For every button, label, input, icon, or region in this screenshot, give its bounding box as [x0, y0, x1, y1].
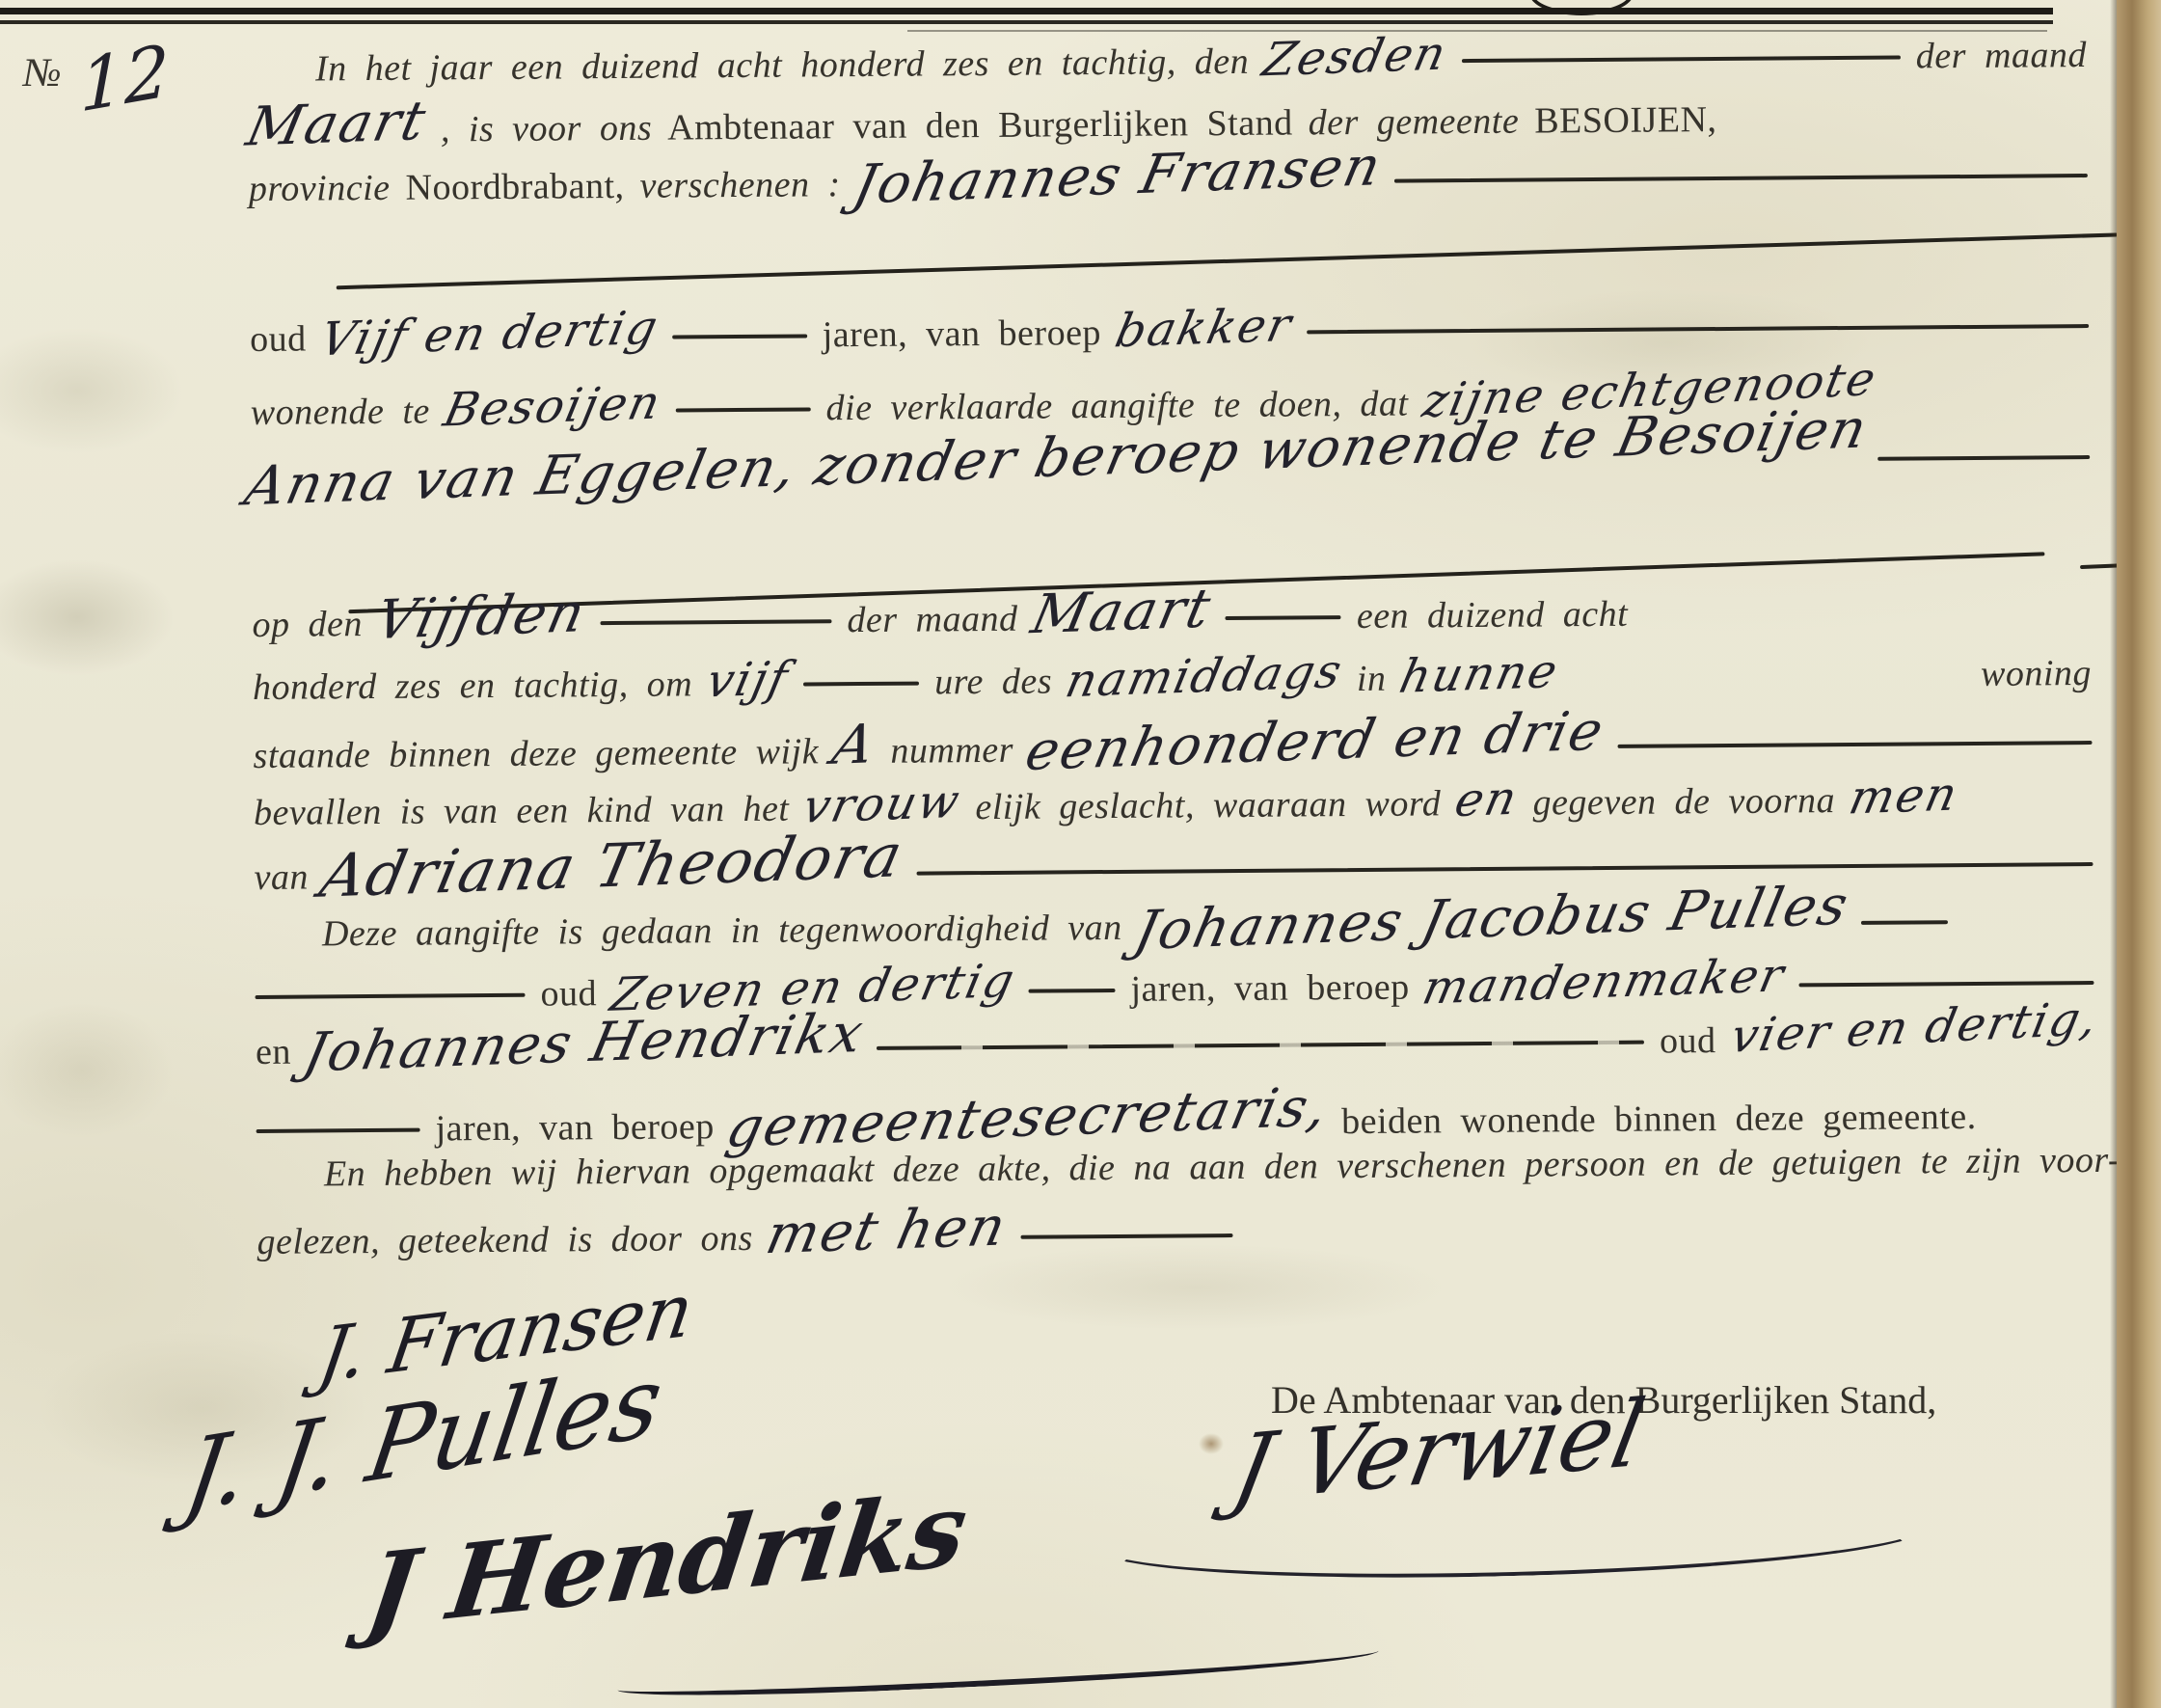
fill-rule	[803, 682, 919, 687]
birthdate-line: op den Vijfden der maand Maart een duize…	[252, 581, 2091, 647]
fill-rule	[676, 407, 811, 412]
fill-rule	[1798, 981, 2093, 987]
handwritten-witness2-occupation: gemeentesecretaris,	[722, 1084, 1333, 1154]
fill-rule	[1394, 174, 2088, 183]
printed-text: wonende te	[251, 392, 430, 435]
handwritten-birth-month: Maart	[1027, 585, 1215, 640]
handwritten-month: Maart	[242, 97, 430, 152]
handwritten-day: Zesden	[1259, 34, 1451, 82]
gender-line: bevallen is van een kind van het vrouw e…	[254, 774, 2093, 835]
fill-rule	[1021, 1234, 1233, 1239]
printed-text: gegeven de voorna	[1532, 780, 1835, 825]
fill-rule	[1307, 324, 2089, 334]
printed-text: jaren, van beroep	[823, 312, 1102, 357]
handwritten-declarant-name: Johannes Fransen	[849, 143, 1386, 210]
fill-rule	[1226, 615, 1341, 620]
declarant-age-line: oud Vijf en dertig jaren, van beroep bak…	[250, 301, 2089, 362]
handwritten-birth-day: Vijfden	[372, 589, 591, 645]
fill-rule	[1028, 989, 1115, 993]
printed-text: woning	[1981, 653, 2092, 696]
printed-text: honderd zes en tachtig, om	[253, 664, 692, 709]
book-edge	[2117, 0, 2161, 1708]
printed-text: Deze aangifte is gedaan in tegenwoordigh…	[322, 908, 1122, 956]
handwritten-daypart: namiddags	[1063, 651, 1347, 702]
handwritten-met-hen: met hen	[763, 1203, 1012, 1260]
printed-text: nummer	[890, 730, 1013, 773]
intro-line: In het jaar een duizend acht honderd zes…	[248, 31, 2087, 92]
birthtime-line: honderd zes en tachtig, om vijf ure des …	[253, 649, 2092, 710]
handwritten-wijk: A	[828, 720, 879, 771]
printed-text: ure des	[934, 661, 1052, 704]
printed-text: oud	[540, 973, 597, 1016]
fill-rule	[1877, 455, 2090, 461]
handwritten-witness2-name: Johannes Hendrikx	[300, 1010, 869, 1078]
printed-text: een duizend acht	[1357, 594, 1629, 638]
fill-rule	[1617, 741, 2092, 748]
fill-rule	[256, 993, 526, 999]
handwritten-witness2-age: vier en dertig,	[1727, 998, 2101, 1058]
printed-text: in	[1357, 659, 1387, 701]
fill-rule	[257, 1128, 420, 1133]
handwritten-house-number: eenhonderd en drie	[1022, 708, 1609, 777]
page-edge-seam	[2110, 0, 2117, 1708]
handwritten-house: hunne	[1396, 651, 1562, 698]
printed-text: beiden wonende binnen deze gemeente.	[1341, 1097, 1977, 1144]
witness2-line: en Johannes Hendrikx oud vier en dertig,	[256, 1008, 2094, 1074]
handwritten-age: Vijf en dertig	[316, 308, 662, 362]
handwritten-residence: Besoijen	[440, 383, 664, 432]
printed-text: en	[256, 1032, 291, 1074]
handwritten-occupation: bakker	[1112, 305, 1296, 353]
handwritten-correction-men: men	[1846, 774, 1962, 820]
fill-rule	[877, 1041, 1644, 1050]
printed-text: op den	[252, 604, 363, 647]
printed-text: der maand	[847, 599, 1017, 642]
fill-rule	[1462, 56, 1901, 64]
fill-rule	[600, 619, 831, 625]
printed-text: jaren, van beroep	[1130, 967, 1410, 1012]
handwritten-witness1-name: Johannes Jacobus Pulles	[1130, 882, 1853, 957]
handwritten-child-names: Adriana Theodora	[316, 828, 908, 903]
address-line: staande binnen deze gemeente wijk A numm…	[253, 712, 2092, 778]
handwritten-witness1-occupation: mandenmaker	[1419, 955, 1789, 1010]
printed-text: In het jaar een duizend acht honderd zes…	[315, 41, 1250, 91]
printed-text: van	[254, 857, 309, 900]
mother-line: Anna van Eggelen, zonder beroep wonende …	[251, 426, 2090, 489]
printed-text: oud	[1660, 1020, 1716, 1063]
spacer	[1574, 686, 1966, 689]
printed-text: staande binnen deze gemeente wijk	[253, 731, 819, 777]
blank-continuation-rule	[337, 232, 2118, 289]
printed-text: jaren, van beroep	[435, 1106, 715, 1151]
printed-text: , is voor ons	[441, 108, 653, 151]
fill-rule	[916, 862, 2093, 876]
fill-rule	[1861, 920, 1948, 925]
municipality-name: BESOIJEN,	[1534, 99, 1717, 143]
printed-text: elijk geslacht, waaraan word	[975, 783, 1441, 828]
handwritten-correction-en: en	[1451, 778, 1522, 823]
signature-official: J Verwiel	[1228, 1397, 1649, 1507]
fill-rule	[672, 334, 807, 339]
handwritten-hour: vijf	[703, 658, 793, 702]
printed-text: der maand	[1916, 35, 2087, 78]
printed-text: gelezen, geteekend is door ons	[257, 1218, 753, 1264]
printed-text: oud	[250, 319, 307, 362]
closing-line-2: gelezen, geteekend is door ons met hen	[257, 1198, 2095, 1264]
printed-text: Noordbrabant,	[405, 166, 624, 209]
printed-text: provincie	[249, 168, 391, 211]
declarant-line: provincie Noordbrabant, verschenen : Joh…	[249, 145, 2088, 211]
birth-certificate-page: № 12 In het jaar een duizend acht honder…	[0, 0, 2161, 1708]
printed-text: verschenen :	[639, 164, 840, 207]
